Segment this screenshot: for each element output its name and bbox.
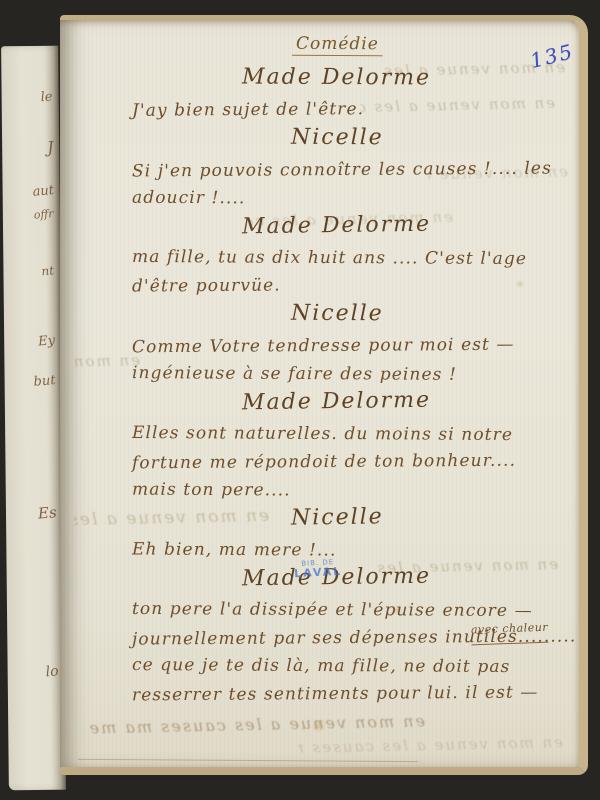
dialogue-line: fortune me répondoit de ton bonheur....	[132, 449, 542, 477]
dialogue-text: J'ay bien sujet de l'être.	[132, 96, 364, 124]
dialogue-line: J'ay bien sujet de l'être.	[132, 97, 542, 125]
cutoff-text-fragment: offr	[34, 207, 55, 222]
speaker-heading: Nicelle	[132, 301, 542, 333]
dialogue-text: resserrer tes sentiments pour lui. il es…	[132, 680, 539, 709]
dialogue-line: Elles sont naturelles. du moins si notre	[132, 421, 542, 449]
previous-page-edge: le J aut offr nt Ey but Es lo	[1, 46, 66, 791]
cutoff-text-fragment: lo	[45, 663, 59, 680]
dialogue-line: journellement par ses dépenses inutiles.…	[132, 625, 542, 653]
dialogue-line: d'être pourvüe.	[132, 273, 542, 301]
dialogue-line: Eh bien, ma mere !...	[132, 537, 542, 565]
cutoff-text-fragment: aut	[32, 183, 54, 200]
cutoff-text-fragment: J	[46, 138, 54, 157]
speaker-name: Nicelle	[291, 125, 384, 150]
bleedthrough-rule	[78, 759, 418, 762]
speaker-heading: Made Delorme	[132, 565, 542, 597]
dialogue-text: Comme Votre tendresse pour moi est —	[132, 332, 515, 361]
speaker-name: Made Delorme	[242, 388, 431, 416]
dialogue-line: resserrer tes sentiments pour lui. il es…	[132, 681, 542, 709]
manuscript-page: en mon venue a les causes ma mere se peu…	[60, 15, 588, 775]
speaker-name: Made Delorme	[242, 564, 431, 592]
dialogue-text: ma fille, tu as dix huit ans .... C'est …	[132, 244, 527, 272]
dialogue-line: Si j'en pouvois connoître les causes !..…	[132, 157, 542, 185]
page-title: Comédie	[132, 34, 542, 65]
dialogue-text: Eh bien, ma mere !...	[132, 536, 337, 563]
speaker-name: Made Delorme	[242, 65, 431, 91]
dialogue-line: ce que je te dis là, ma fille, ne doit p…	[132, 653, 542, 681]
dialogue-text: ingénieuse à se faire des peines !	[132, 360, 457, 388]
cutoff-text-fragment: nt	[41, 263, 55, 278]
dialogue-line: mais ton pere....	[132, 477, 542, 505]
cutoff-text-fragment: Ey	[38, 333, 56, 349]
speaker-heading: Made Delorme	[132, 65, 542, 97]
dialogue-text: adoucir !....	[132, 185, 246, 212]
stage-direction-margin-note: avec chaleur	[470, 615, 548, 646]
speaker-name: Nicelle	[291, 301, 384, 326]
cutoff-text-fragment: le	[40, 89, 53, 105]
dialogue-text: Elles sont naturelles. du moins si notre	[132, 420, 513, 448]
dialogue-text: Si j'en pouvois connoître les causes !..…	[132, 156, 552, 185]
speaker-name: Made Delorme	[242, 212, 431, 240]
dialogue-line: ingénieuse à se faire des peines !	[132, 361, 542, 389]
speaker-heading: Made Delorme	[132, 213, 542, 245]
dialogue-line: ma fille, tu as dix huit ans .... C'est …	[132, 245, 542, 273]
cutoff-text-fragment: but	[33, 373, 56, 390]
dialogue-line: Comme Votre tendresse pour moi est —	[132, 333, 542, 361]
speaker-name: Nicelle	[290, 504, 383, 530]
speaker-heading: Nicelle	[132, 125, 542, 157]
handwritten-text-block: Comédie Made DelormeJ'ay bien sujet de l…	[60, 20, 570, 759]
dialogue-text: mais ton pere....	[132, 477, 291, 504]
genre-heading: Comédie	[292, 34, 383, 56]
dialogue-text: ce que je te dis là, ma fille, ne doit p…	[132, 652, 511, 680]
dialogue-text: fortune me répondoit de ton bonheur....	[132, 448, 516, 477]
speaker-heading: Nicelle	[132, 505, 542, 537]
dialogue-line: adoucir !....	[132, 185, 542, 213]
script-lines: Made DelormeJ'ay bien sujet de l'être.Ni…	[132, 65, 542, 709]
speaker-heading: Made Delorme	[132, 389, 542, 421]
cutoff-text-fragment: Es	[38, 503, 58, 522]
dialogue-text: d'être pourvüe.	[132, 272, 281, 299]
